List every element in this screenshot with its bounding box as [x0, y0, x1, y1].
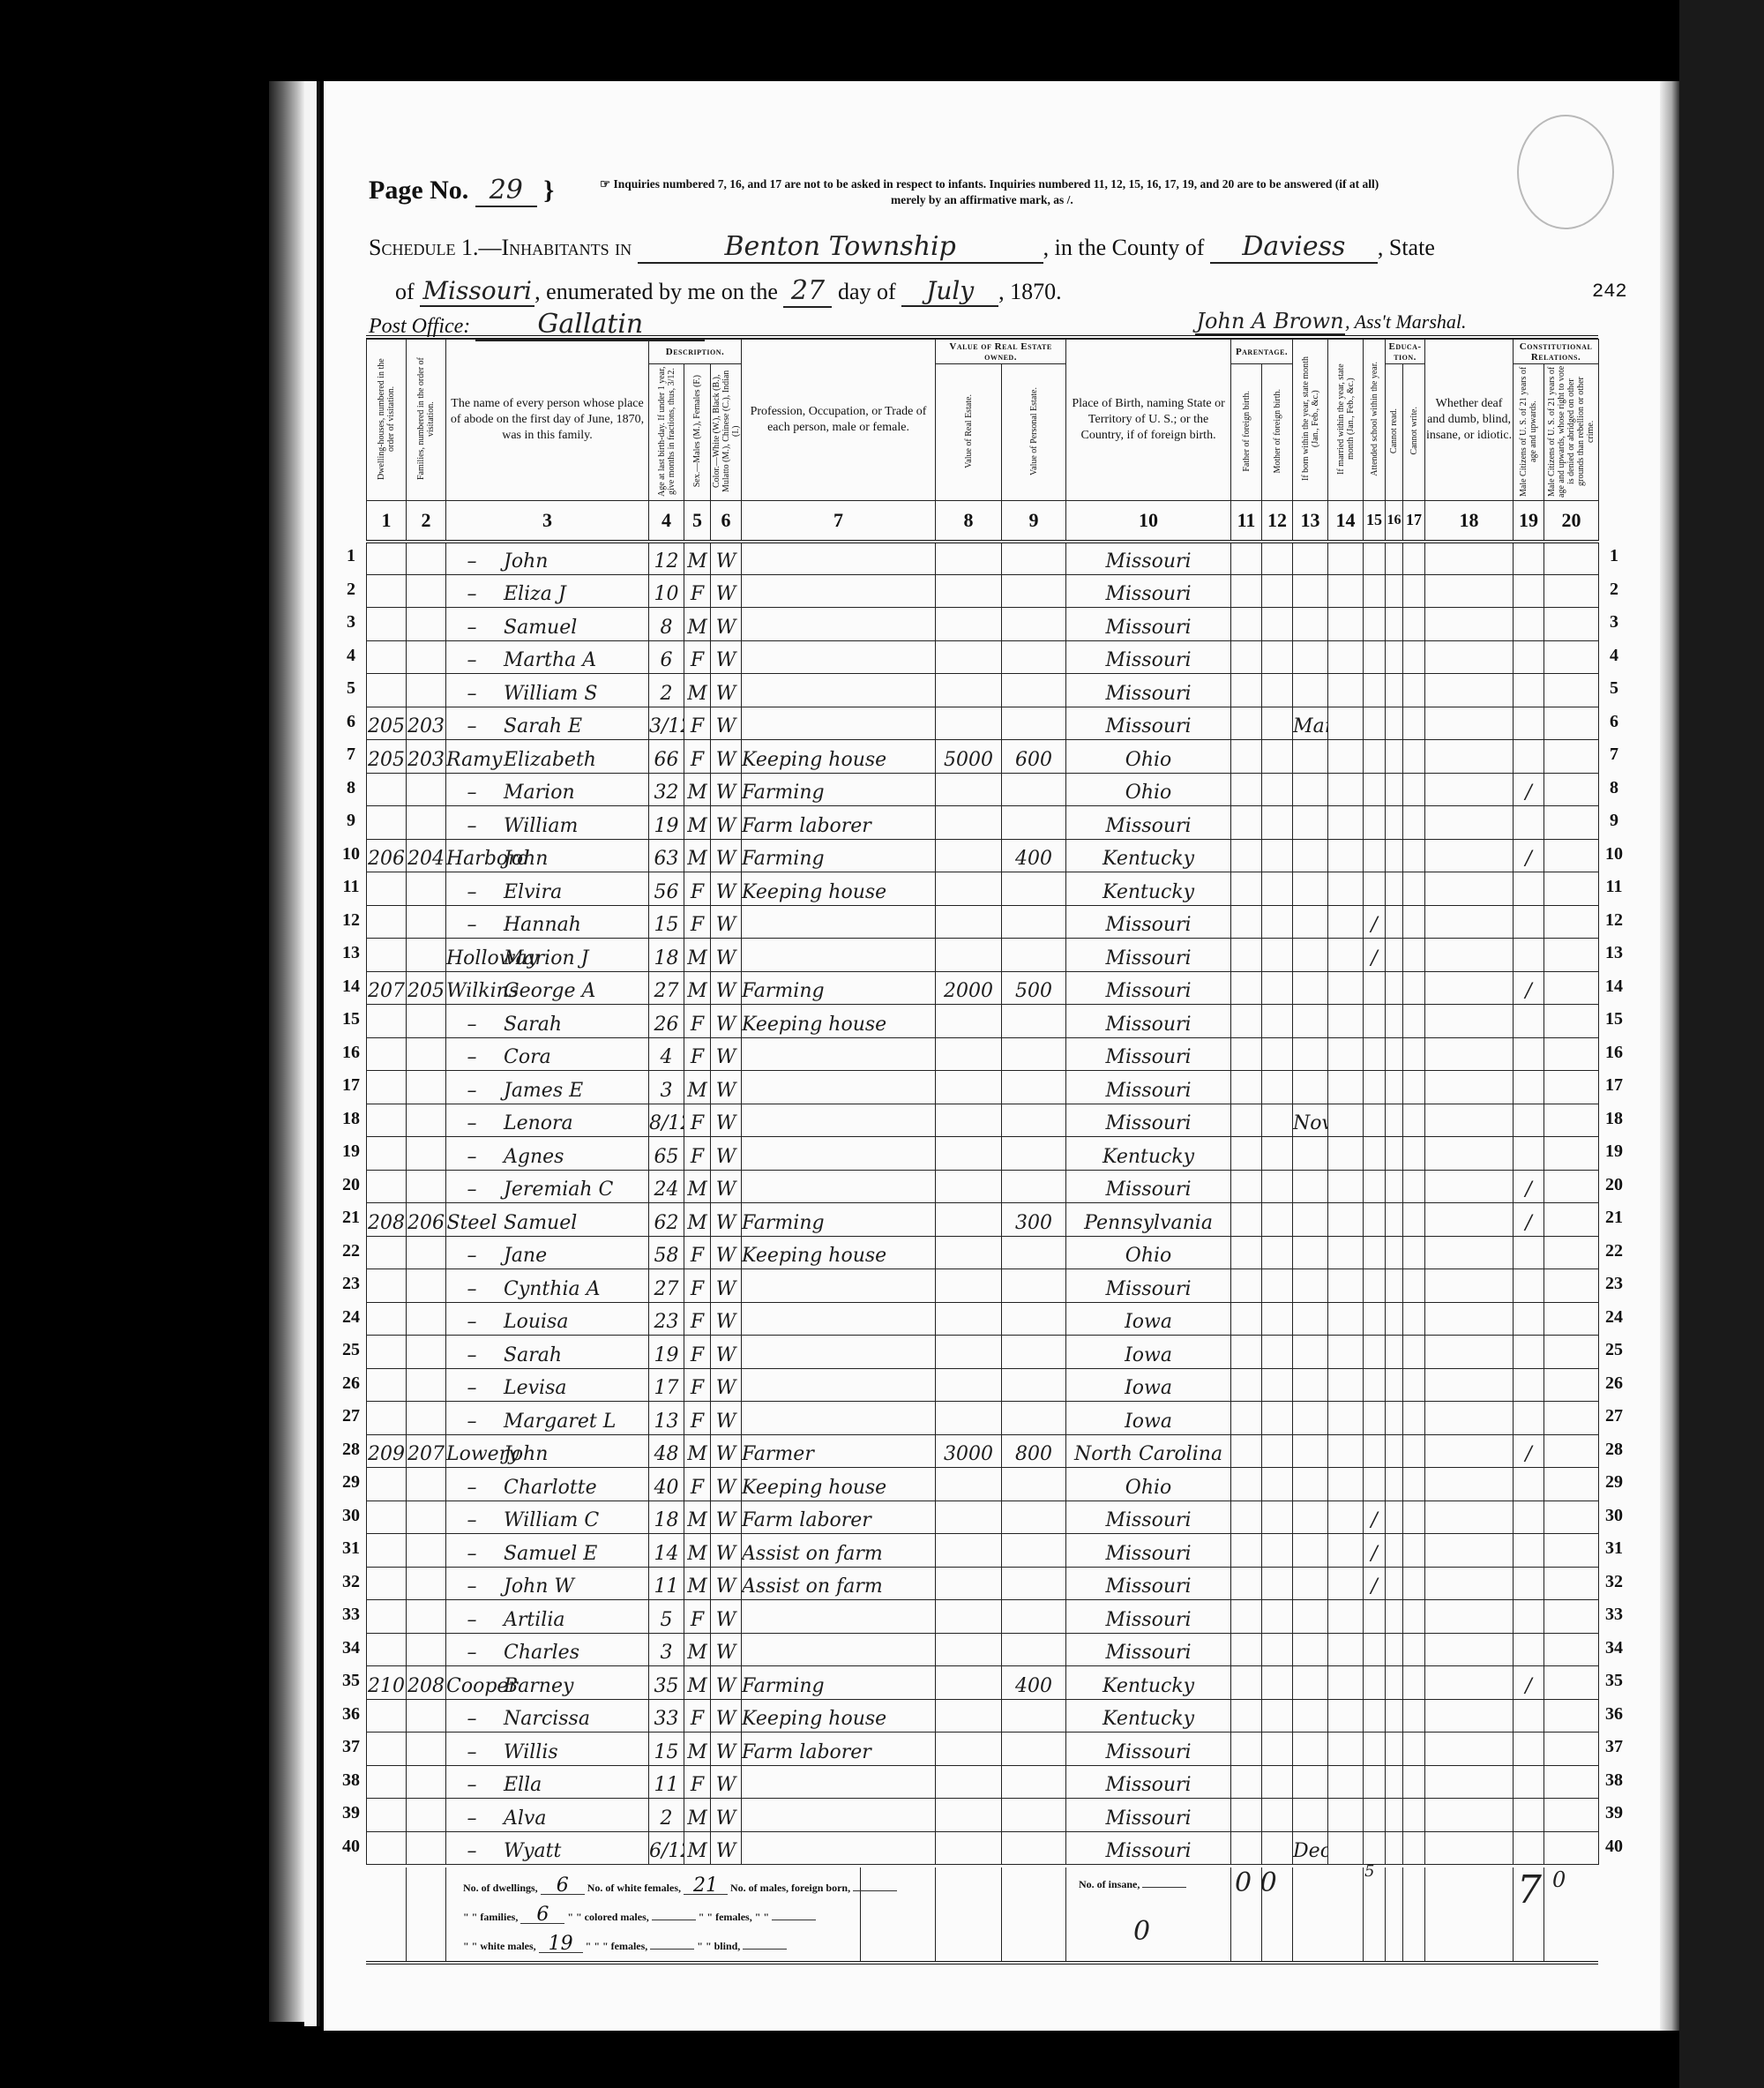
insane-count [1142, 1887, 1186, 1888]
summary-row-2: " " families, 6 " " colored males, " " f… [463, 1907, 816, 1924]
vote-denied-cell [1544, 1368, 1599, 1402]
person-name-cell: – Levisa [446, 1368, 649, 1402]
dwelling-number-cell [367, 1799, 407, 1832]
born-month-cell [1293, 806, 1328, 840]
sex-cell: M [684, 1534, 711, 1568]
vote-denied-cell [1544, 674, 1599, 707]
occupation-cell: Farming [742, 1203, 936, 1237]
column-number: 12 [1262, 501, 1293, 542]
line-number-left: 13 [338, 943, 364, 963]
disability-cell [1425, 1005, 1514, 1038]
personal-estate-value-cell: 400 [1002, 1666, 1066, 1700]
disability-cell [1425, 608, 1514, 641]
age-cell: 6/12 [649, 1831, 684, 1865]
mother-foreign-cell [1262, 1368, 1293, 1402]
line-number-right: 18 [1601, 1109, 1627, 1129]
mother-foreign-cell [1262, 1071, 1293, 1104]
blind-count [743, 1949, 787, 1950]
cannot-read-cell [1386, 1600, 1403, 1634]
census-table: Dwelling-houses, numbered in the order o… [366, 335, 1598, 1865]
married-month-cell [1328, 1037, 1364, 1071]
given-name: Samuel [504, 617, 577, 639]
disability-cell [1425, 939, 1514, 972]
born-month-cell [1293, 1666, 1328, 1700]
father-foreign-cell [1231, 1302, 1262, 1336]
cannot-read-cell [1386, 1302, 1403, 1336]
sex-cell: F [684, 872, 711, 906]
family-number-cell [407, 1104, 446, 1137]
dwelling-number-cell [367, 1137, 407, 1171]
cannot-read-cell [1386, 1236, 1403, 1269]
personal-estate-value-cell [1002, 1071, 1066, 1104]
attended-school-cell [1364, 608, 1386, 641]
vote-denied-cell [1544, 806, 1599, 840]
person-name-cell: Cooper Barney [446, 1666, 649, 1700]
surname: – [446, 1146, 497, 1168]
sex-cell: F [684, 1236, 711, 1269]
person-name-cell: Steel Samuel [446, 1203, 649, 1237]
personal-estate-value-cell [1002, 1765, 1066, 1799]
male-citizen-cell [1514, 1733, 1544, 1766]
table-row: – Lenora8/12FWMissouriNov [367, 1104, 1599, 1137]
line-number-left: 20 [338, 1175, 364, 1195]
attended-school-cell [1364, 1799, 1386, 1832]
table-row: – William19MWFarm laborerMissouri [367, 806, 1599, 840]
person-name-cell: – Marion [446, 773, 649, 806]
cannot-write-cell [1403, 1137, 1425, 1171]
line-number-left: 11 [338, 877, 364, 897]
family-number-cell [407, 1699, 446, 1733]
father-foreign-cell [1231, 1434, 1262, 1468]
color-cell: W [711, 1765, 742, 1799]
surname: – [446, 1509, 497, 1531]
tally-parentage: 0 0 [1235, 1867, 1277, 1898]
given-name: Ella [504, 1774, 542, 1796]
color-cell: W [711, 1534, 742, 1568]
of-label: of [395, 279, 415, 304]
color-cell: W [711, 905, 742, 939]
dwelling-number-cell [367, 1104, 407, 1137]
sex-cell: M [684, 1434, 711, 1468]
insane-label: No. of insane, [1079, 1878, 1140, 1890]
father-foreign-cell [1231, 806, 1262, 840]
table-row: – Artilia5FWMissouri [367, 1600, 1599, 1634]
disability-cell [1425, 905, 1514, 939]
color-cell: W [711, 1434, 742, 1468]
age-cell: 63 [649, 839, 684, 872]
mother-foreign-cell [1262, 1170, 1293, 1203]
cannot-read-cell [1386, 1005, 1403, 1038]
person-name-cell: – Louisa [446, 1302, 649, 1336]
notice-line-1: ☞ Inquiries numbered 7, 16, and 17 are n… [600, 177, 1379, 191]
color-cell: W [711, 1137, 742, 1171]
real-estate-value-cell: 3000 [936, 1434, 1002, 1468]
real-estate-value-cell [936, 1269, 1002, 1303]
birthplace-cell: Kentucky [1066, 1666, 1231, 1700]
county-label: , in the County of [1043, 235, 1205, 260]
sex-cell: F [684, 1600, 711, 1634]
cannot-write-cell [1403, 1236, 1425, 1269]
occupation-cell: Keeping house [742, 740, 936, 774]
birthplace-cell: Missouri [1066, 1037, 1231, 1071]
dwelling-number-cell [367, 939, 407, 972]
father-foreign-cell [1231, 1336, 1262, 1369]
age-cell: 66 [649, 740, 684, 774]
age-cell: 2 [649, 1799, 684, 1832]
cannot-read-cell [1386, 1137, 1403, 1171]
married-month-cell [1328, 971, 1364, 1005]
dwelling-number-cell [367, 1765, 407, 1799]
line-number-right: 15 [1601, 1009, 1627, 1029]
married-month-cell [1328, 1005, 1364, 1038]
surname: – [446, 1543, 497, 1565]
cannot-read-cell [1386, 608, 1403, 641]
disability-cell [1425, 1468, 1514, 1501]
dwelling-number-cell [367, 905, 407, 939]
birthplace-cell: Iowa [1066, 1336, 1231, 1369]
occupation-cell [742, 1170, 936, 1203]
father-foreign-cell [1231, 971, 1262, 1005]
column-number: 8 [936, 501, 1002, 542]
cannot-write-cell [1403, 1336, 1425, 1369]
occupation-cell [742, 1071, 936, 1104]
dwelling-number-cell [367, 872, 407, 906]
married-month-cell [1328, 574, 1364, 608]
vote-denied-cell [1544, 971, 1599, 1005]
line-number-right: 9 [1601, 811, 1627, 831]
mother-foreign-cell [1262, 1269, 1293, 1303]
sex-cell: F [684, 905, 711, 939]
family-number-cell [407, 1302, 446, 1336]
header-name: The name of every person whose place of … [446, 340, 649, 501]
birthplace-cell: Kentucky [1066, 1137, 1231, 1171]
age-cell: 62 [649, 1203, 684, 1237]
real-estate-value-cell [936, 1336, 1002, 1369]
personal-estate-value-cell [1002, 1600, 1066, 1634]
occupation-cell [742, 707, 936, 740]
day-of-label: day of [838, 279, 896, 304]
sex-cell: F [684, 707, 711, 740]
real-estate-value-cell [936, 1137, 1002, 1171]
family-number-cell [407, 1799, 446, 1832]
line-number-right: 39 [1601, 1803, 1627, 1823]
line-number-right: 37 [1601, 1737, 1627, 1757]
cannot-read-cell [1386, 1203, 1403, 1237]
personal-estate-value-cell [1002, 1733, 1066, 1766]
married-month-cell [1328, 640, 1364, 674]
given-name: Sarah [504, 1014, 562, 1036]
mother-foreign-cell [1262, 1336, 1293, 1369]
family-number-cell [407, 542, 446, 575]
personal-estate-value-cell [1002, 1170, 1066, 1203]
male-citizen-cell: / [1514, 1666, 1544, 1700]
father-foreign-cell [1231, 872, 1262, 906]
line-number-left: 14 [338, 977, 364, 997]
color-cell: W [711, 1236, 742, 1269]
table-row: – Jane58FWKeeping houseOhio [367, 1236, 1599, 1269]
family-number-cell [407, 939, 446, 972]
disability-cell [1425, 1137, 1514, 1171]
color-cell: W [711, 1733, 742, 1766]
table-row: 205203– Sarah E3/12FWMissouriMar [367, 707, 1599, 740]
line-number-left: 37 [338, 1737, 364, 1757]
male-citizen-cell [1514, 1005, 1544, 1038]
father-foreign-cell [1231, 542, 1262, 575]
header-group-education: Educa-tion. [1386, 340, 1425, 364]
family-number-cell [407, 1071, 446, 1104]
dwelling-number-cell [367, 1269, 407, 1303]
enumerated-label: , enumerated by me on the [534, 279, 778, 304]
real-estate-value-cell [936, 1633, 1002, 1666]
column-number: 9 [1002, 501, 1066, 542]
attended-school-cell [1364, 1600, 1386, 1634]
cannot-write-cell [1403, 740, 1425, 774]
sex-cell: F [684, 1005, 711, 1038]
birthplace-cell: Missouri [1066, 806, 1231, 840]
header-vote-denied: Male Citizens of U. S. of 21 years of ag… [1544, 364, 1599, 501]
attended-school-cell [1364, 1765, 1386, 1799]
occupation-cell [742, 905, 936, 939]
cannot-write-cell [1403, 1005, 1425, 1038]
cannot-read-cell [1386, 1799, 1403, 1832]
personal-estate-value-cell [1002, 806, 1066, 840]
header-male-citizens: Male Citizens of U. S. of 21 years of ag… [1514, 364, 1544, 501]
married-month-cell [1328, 1534, 1364, 1568]
born-month-cell [1293, 1534, 1328, 1568]
father-foreign-cell [1231, 905, 1262, 939]
dwelling-number-cell: 207 [367, 971, 407, 1005]
cannot-read-cell [1386, 905, 1403, 939]
sex-cell: M [684, 608, 711, 641]
real-estate-value-cell: 5000 [936, 740, 1002, 774]
real-estate-value-cell [936, 608, 1002, 641]
birthplace-cell: North Carolina [1066, 1434, 1231, 1468]
person-name-cell: – Martha A [446, 640, 649, 674]
cannot-read-cell [1386, 1534, 1403, 1568]
given-name: Samuel [504, 1212, 577, 1234]
personal-estate-value-cell [1002, 707, 1066, 740]
color-cell: W [711, 542, 742, 575]
occupation-cell [742, 1037, 936, 1071]
sex-cell: F [684, 1368, 711, 1402]
column-number: 16 [1386, 501, 1403, 542]
occupation-cell [742, 939, 936, 972]
birthplace-cell: Missouri [1066, 939, 1231, 972]
cannot-write-cell [1403, 1468, 1425, 1501]
scan-right-edge [1660, 81, 1679, 2031]
male-citizen-cell [1514, 1699, 1544, 1733]
occupation-cell [742, 1368, 936, 1402]
cannot-write-cell [1403, 1765, 1425, 1799]
page-summary: No. of dwellings, 6 No. of white females… [366, 1867, 1598, 1965]
given-name: Sarah [504, 1344, 562, 1366]
birthplace-cell: Ohio [1066, 773, 1231, 806]
surname: – [446, 1278, 497, 1300]
married-month-cell [1328, 1434, 1364, 1468]
vote-denied-cell [1544, 1501, 1599, 1534]
birthplace-cell: Missouri [1066, 1501, 1231, 1534]
person-name-cell: – Sarah [446, 1005, 649, 1038]
real-estate-value-cell [936, 1831, 1002, 1865]
dwelling-number-cell [367, 1336, 407, 1369]
table-row: – Jeremiah C24MWMissouri/ [367, 1170, 1599, 1203]
header-mother-foreign: Mother of foreign birth. [1262, 364, 1293, 501]
column-number: 11 [1231, 501, 1262, 542]
mother-foreign-cell [1262, 839, 1293, 872]
vote-denied-cell [1544, 1799, 1599, 1832]
personal-estate-value-cell [1002, 872, 1066, 906]
month-field: July [901, 276, 998, 307]
male-citizen-cell [1514, 1037, 1544, 1071]
table-row: 209207Lowery John48MWFarmer3000800North … [367, 1434, 1599, 1468]
line-number-left: 15 [338, 1009, 364, 1029]
personal-estate-value-cell [1002, 1368, 1066, 1402]
vote-denied-cell [1544, 1402, 1599, 1435]
line-number-right: 38 [1601, 1770, 1627, 1791]
family-number-cell: 205 [407, 971, 446, 1005]
family-number-cell [407, 773, 446, 806]
cannot-write-cell [1403, 1037, 1425, 1071]
cannot-write-cell [1403, 707, 1425, 740]
color-cell: W [711, 806, 742, 840]
cannot-read-cell [1386, 1765, 1403, 1799]
born-month-cell [1293, 905, 1328, 939]
father-foreign-cell [1231, 1269, 1262, 1303]
line-number-right: 21 [1601, 1208, 1627, 1228]
column-number: 6 [711, 501, 742, 542]
married-month-cell [1328, 1104, 1364, 1137]
father-foreign-cell [1231, 1468, 1262, 1501]
header-sex: Sex.—Males (M.), Females (F.) [684, 364, 711, 501]
vote-denied-cell [1544, 1666, 1599, 1700]
birthplace-cell: Missouri [1066, 1831, 1231, 1865]
cannot-read-cell [1386, 1567, 1403, 1600]
attended-school-cell [1364, 1666, 1386, 1700]
person-name-cell: – William S [446, 674, 649, 707]
cannot-read-cell [1386, 1831, 1403, 1865]
surname: – [446, 550, 497, 573]
attended-school-cell [1364, 1137, 1386, 1171]
family-number-cell [407, 1733, 446, 1766]
personal-estate-value-cell [1002, 1534, 1066, 1568]
mother-foreign-cell [1262, 1037, 1293, 1071]
table-row: – Elvira56FWKeeping houseKentucky [367, 872, 1599, 906]
line-number-left: 10 [338, 844, 364, 864]
dwelling-number-cell [367, 674, 407, 707]
cannot-write-cell [1403, 806, 1425, 840]
birthplace-cell: Missouri [1066, 1005, 1231, 1038]
line-number-left: 9 [338, 811, 364, 831]
cannot-read-cell [1386, 640, 1403, 674]
color-cell: W [711, 707, 742, 740]
family-number-cell [407, 1269, 446, 1303]
personal-estate-value-cell [1002, 1336, 1066, 1369]
disability-cell [1425, 1104, 1514, 1137]
cannot-write-cell [1403, 1368, 1425, 1402]
vote-denied-cell [1544, 1037, 1599, 1071]
colored-females-label: " " " females, [586, 1940, 648, 1952]
person-name-cell: – Jeremiah C [446, 1170, 649, 1203]
cannot-read-cell [1386, 872, 1403, 906]
schedule-label: Schedule 1.—Inhabitants in [369, 235, 632, 260]
line-number-right: 30 [1601, 1506, 1627, 1526]
father-foreign-cell [1231, 740, 1262, 774]
table-row: – Narcissa33FWKeeping houseKentucky [367, 1699, 1599, 1733]
family-number-cell: 203 [407, 707, 446, 740]
father-foreign-cell [1231, 773, 1262, 806]
given-name: Eliza J [504, 583, 566, 605]
born-month-cell [1293, 1137, 1328, 1171]
vote-denied-cell [1544, 1434, 1599, 1468]
cannot-write-cell [1403, 1501, 1425, 1534]
vote-denied-cell [1544, 1236, 1599, 1269]
disability-cell [1425, 574, 1514, 608]
personal-estate-value-cell [1002, 1699, 1066, 1733]
cannot-write-cell [1403, 1666, 1425, 1700]
father-foreign-cell [1231, 1104, 1262, 1137]
married-month-cell [1328, 1170, 1364, 1203]
line-number-right: 40 [1601, 1837, 1627, 1857]
disability-cell [1425, 1733, 1514, 1766]
real-estate-value-cell [936, 773, 1002, 806]
line-number-right: 23 [1601, 1274, 1627, 1294]
father-foreign-cell [1231, 707, 1262, 740]
born-month-cell [1293, 1269, 1328, 1303]
cannot-write-cell [1403, 574, 1425, 608]
color-cell: W [711, 1831, 742, 1865]
vote-denied-cell [1544, 740, 1599, 774]
sex-cell: M [684, 674, 711, 707]
cannot-read-cell [1386, 1402, 1403, 1435]
father-foreign-cell [1231, 1005, 1262, 1038]
mother-foreign-cell [1262, 1468, 1293, 1501]
state-date-line: of Missouri, enumerated by me on the 27 … [395, 275, 1062, 308]
age-cell: 33 [649, 1699, 684, 1733]
married-month-cell [1328, 1765, 1364, 1799]
line-number-left: 40 [338, 1837, 364, 1857]
born-month-cell [1293, 1600, 1328, 1634]
born-month-cell [1293, 773, 1328, 806]
surname: – [446, 1575, 497, 1598]
line-number-right: 33 [1601, 1605, 1627, 1625]
line-number-left: 31 [338, 1538, 364, 1559]
line-number-right: 14 [1601, 977, 1627, 997]
line-number-left: 12 [338, 910, 364, 931]
birthplace-cell: Missouri [1066, 1765, 1231, 1799]
dwelling-number-cell [367, 542, 407, 575]
cannot-write-cell [1403, 1302, 1425, 1336]
header-group-constitutional: Constitutional Relations. [1514, 340, 1599, 364]
father-foreign-cell [1231, 1567, 1262, 1600]
line-number-left: 7 [338, 745, 364, 765]
mother-foreign-cell [1262, 1302, 1293, 1336]
color-cell: W [711, 1203, 742, 1237]
cannot-write-cell [1403, 872, 1425, 906]
personal-estate-value-cell [1002, 1137, 1066, 1171]
given-name: John [504, 1443, 548, 1465]
birthplace-cell: Ohio [1066, 1236, 1231, 1269]
column-number: 2 [407, 501, 446, 542]
birthplace-cell: Ohio [1066, 1468, 1231, 1501]
given-name: Louisa [504, 1311, 568, 1333]
family-number-cell [407, 574, 446, 608]
father-foreign-cell [1231, 1203, 1262, 1237]
vote-denied-cell [1544, 939, 1599, 972]
line-number-right: 27 [1601, 1406, 1627, 1426]
cannot-write-cell [1403, 1071, 1425, 1104]
family-number-cell [407, 1137, 446, 1171]
male-citizen-cell: / [1514, 1203, 1544, 1237]
